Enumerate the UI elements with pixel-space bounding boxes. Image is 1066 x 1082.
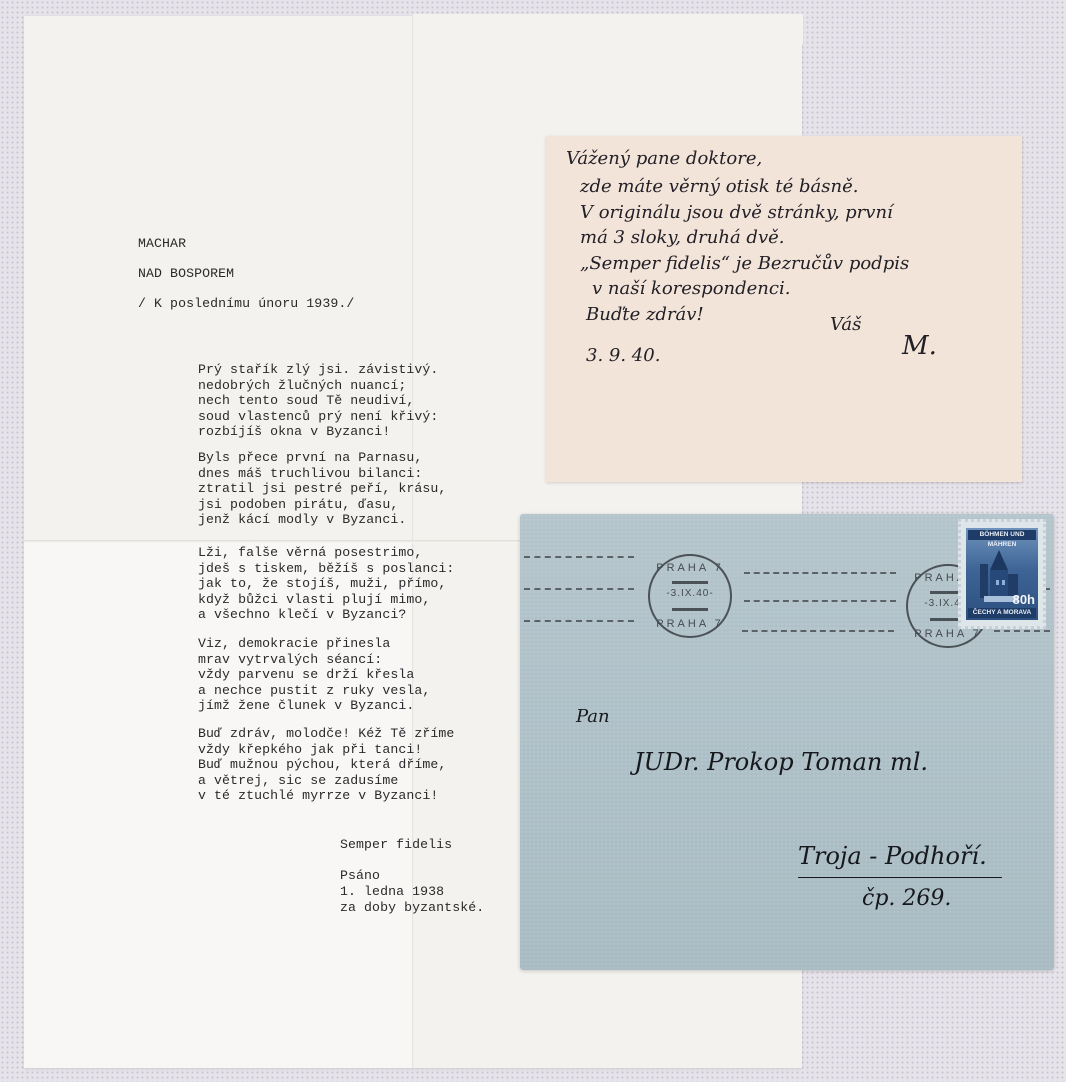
poem-line: jak to, že stojíš, muži, přímo, <box>198 576 454 592</box>
poem-line: vždy parvenu se drží křesla <box>198 667 430 683</box>
card-line: zde máte věrný otisk té básně. <box>580 174 909 200</box>
poem-line: jenž kácí modly v Byzanci. <box>198 512 446 528</box>
poem-line: Viz, demokracie přinesla <box>198 636 430 652</box>
poem-author: MACHAR <box>138 236 186 252</box>
postmark-bottom-text: PRAHA 7 <box>908 628 988 640</box>
card-line: v naší korespondenci. <box>580 276 909 302</box>
poem-dedication: / K poslednímu únoru 1939./ <box>138 296 354 312</box>
poem-line: Lži, falše věrná posestrimo, <box>198 545 454 561</box>
card-line: V originálu jsou dvě stránky, první <box>580 200 909 226</box>
poem-line: vždy křepkého jak při tanci! <box>198 742 454 758</box>
cancellation-line <box>524 556 634 558</box>
poem-line: v té ztuchlé myrrze v Byzanci! <box>198 788 454 804</box>
address-house-number: čp. 269. <box>862 886 951 912</box>
cancellation-line <box>524 620 634 622</box>
card-date: 3. 9. 40. <box>586 343 660 369</box>
poem-line: Prý stařík zlý jsi. závistivý. <box>198 362 438 378</box>
postmark-bottom-text: PRAHA 7 <box>650 618 730 630</box>
poem-line: rozbíjíš okna v Byzanci! <box>198 424 438 440</box>
stamp-bottom-text: ČECHY A MORAVA <box>968 608 1036 618</box>
postage-stamp: BÖHMEN UND MÄHREN 80h ČECHY A MORAVA <box>958 519 1046 629</box>
poem-line: a všechno klečí v Byzanci? <box>198 607 454 623</box>
written-date: 1. ledna 1938 <box>340 884 444 900</box>
address-recipient: JUDr. Prokop Toman ml. <box>634 750 928 776</box>
poem-title: NAD BOSPOREM <box>138 266 234 282</box>
card-yours: Váš <box>830 312 861 338</box>
poem-stanza-2: Byls přece první na Parnasu, dnes máš tr… <box>198 450 446 528</box>
card-initial: M. <box>902 334 937 360</box>
poem-line: nedobrých žlučných nuancí; <box>198 378 438 394</box>
written-era: za doby byzantské. <box>340 900 484 916</box>
poem-line: když bůžci vlasti plují mimo, <box>198 592 454 608</box>
poem-stanza-3: Lži, falše věrná posestrimo, jdeš s tisk… <box>198 545 454 623</box>
stamp-top-text: BÖHMEN UND MÄHREN <box>968 530 1036 540</box>
poem-line: dnes máš truchlivou bilanci: <box>198 466 446 482</box>
cancellation-line <box>994 630 1050 632</box>
card-closing: Buďte zdráv! <box>586 302 704 328</box>
cancellation-line <box>744 600 896 602</box>
postmark-top-text: PRAHA 7 <box>650 562 730 574</box>
card-salutation: Vážený pane doktore, <box>566 146 762 172</box>
card-body: zde máte věrný otisk té básně. V originá… <box>580 174 909 302</box>
poem-line: ztratil jsi pestré peří, krásu, <box>198 481 446 497</box>
card-line: má 3 sloky, druhá dvě. <box>580 225 909 251</box>
poem-line: nech tento soud Tě neudiví, <box>198 393 438 409</box>
poem-line: jímž žene člunek v Byzanci. <box>198 698 430 714</box>
poem-line: a větrej, sic se zadusíme <box>198 773 454 789</box>
cancellation-line <box>744 572 896 574</box>
horizontal-fold-line <box>24 540 524 543</box>
postmark: PRAHA 7 -3.IX.40- PRAHA 7 <box>648 554 732 638</box>
poem-line: jsi podoben pirátu, ďasu, <box>198 497 446 513</box>
cancellation-line <box>524 588 634 590</box>
letter-right-panel <box>412 14 803 44</box>
poem-line: a nechce pustit z ruky vesla, <box>198 683 430 699</box>
stamp-value: 80h <box>1013 592 1035 607</box>
poem-signature: Semper fidelis <box>340 837 452 853</box>
address-salutation: Pan <box>576 704 610 730</box>
poem-line: Buď zdráv, molodče! Kéž Tě zříme <box>198 726 454 742</box>
poem-line: jdeš s tiskem, běžíš s poslanci: <box>198 561 454 577</box>
poem-stanza-1: Prý stařík zlý jsi. závistivý. nedobrých… <box>198 362 438 440</box>
poem-stanza-4: Viz, demokracie přinesla mrav vytrvalých… <box>198 636 430 714</box>
postmark-date: -3.IX.40- <box>650 588 730 599</box>
poem-line: mrav vytrvalých séancí: <box>198 652 430 668</box>
address-town: Troja - Podhoří. <box>798 844 987 870</box>
poem-line: Byls přece první na Parnasu, <box>198 450 446 466</box>
written-label: Psáno <box>340 868 380 884</box>
poem-stanza-5: Buď zdráv, molodče! Kéž Tě zříme vždy kř… <box>198 726 454 804</box>
poem-line: Buď mužnou pýchou, která dříme, <box>198 757 454 773</box>
cancellation-line <box>742 630 894 632</box>
card-line: „Semper fidelis“ je Bezručův podpis <box>580 251 909 277</box>
address-underline <box>798 877 1002 878</box>
poem-line: soud vlastenců prý není křivý: <box>198 409 438 425</box>
